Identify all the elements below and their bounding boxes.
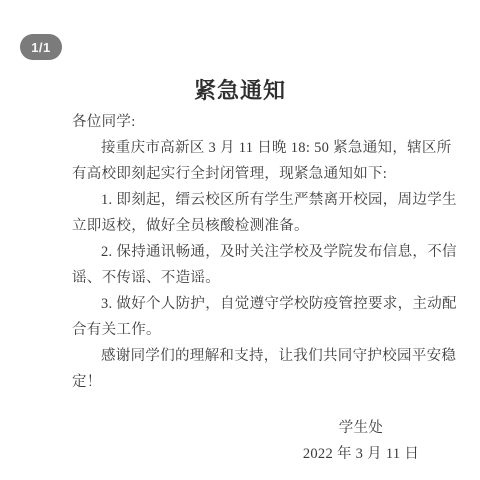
signature-block: 学生处 2022 年 3 月 11 日 xyxy=(296,415,426,467)
notice-line-item-1: 1. 即刻起，缙云校区所有学生严禁离开校园，周边学生 xyxy=(72,187,440,213)
notice-line-item-3: 3. 做好个人防护，自觉遵守学校防疫管控要求，主动配 xyxy=(72,291,440,317)
notice-line-salutation: 各位同学: xyxy=(72,109,440,135)
notice-line: 定！ xyxy=(72,369,440,395)
notice-line: 谣、不传谣、不造谣。 xyxy=(72,265,440,291)
signature-name: 学生处 xyxy=(296,415,426,441)
page-indicator-label: 1/1 xyxy=(31,40,51,55)
page-indicator-badge: 1/1 xyxy=(20,34,62,60)
notice-title: 紧急通知 xyxy=(0,76,480,106)
notice-line: 立即返校，做好全员核酸检测准备。 xyxy=(72,213,440,239)
notice-line-thanks: 感谢同学们的理解和支持，让我们共同守护校园平安稳 xyxy=(72,343,440,369)
notice-body: 各位同学: 接重庆市高新区 3 月 11 日晚 18: 50 紧急通知，辖区所 … xyxy=(72,109,440,395)
notice-line: 有高校即刻起实行全封闭管理，现紧急通知如下: xyxy=(72,161,440,187)
notice-line: 接重庆市高新区 3 月 11 日晚 18: 50 紧急通知，辖区所 xyxy=(72,135,440,161)
notice-line-item-2: 2. 保持通讯畅通，及时关注学校及学院发布信息，不信 xyxy=(72,239,440,265)
notice-page: 1/1 紧急通知 各位同学: 接重庆市高新区 3 月 11 日晚 18: 50 … xyxy=(0,0,480,480)
notice-line: 合有关工作。 xyxy=(72,317,440,343)
signature-date: 2022 年 3 月 11 日 xyxy=(296,441,426,467)
